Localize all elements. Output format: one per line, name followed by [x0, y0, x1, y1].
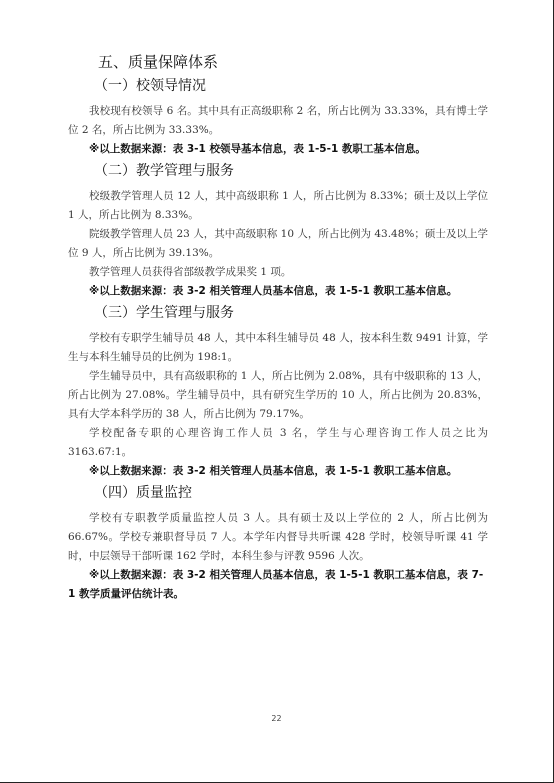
paragraph: 我校现有校领导 6 名。其中具有正高级职称 2 名，所占比例为 33.33%，具…: [68, 102, 488, 140]
page-number: 22: [0, 714, 553, 723]
paragraph: 校级教学管理人员 12 人，其中高级职称 1 人，所占比例为 8.33%；硕士及…: [68, 187, 488, 225]
section-title: （一）校领导情况: [68, 74, 488, 98]
page-content: 五、质量保障体系 （一）校领导情况 我校现有校领导 6 名。其中具有正高级职称 …: [68, 50, 488, 604]
data-source-note: ※以上数据来源：表 3-2 相关管理人员基本信息，表 1-5-1 教职工基本信息…: [68, 566, 488, 604]
data-source-note: ※以上数据来源：表 3-2 相关管理人员基本信息，表 1-5-1 教职工基本信息…: [68, 282, 488, 301]
paragraph: 学校配备专职的心理咨询工作人员 3 名，学生与心理咨询工作人员之比为 3163.…: [68, 424, 488, 462]
section-quality-monitoring: （四）质量监控 学校有专职教学质量监控人员 3 人。具有硕士及以上学位的 2 人…: [68, 481, 488, 604]
section-leadership: （一）校领导情况 我校现有校领导 6 名。其中具有正高级职称 2 名，所占比例为…: [68, 74, 488, 159]
paragraph: 学校有专职教学质量监控人员 3 人。具有硕士及以上学位的 2 人，所占比例为 6…: [68, 509, 488, 566]
paragraph: 学生辅导员中，具有高级职称的 1 人，所占比例为 2.08%，具有中级职称的 1…: [68, 367, 488, 424]
section-title: （四）质量监控: [68, 481, 488, 505]
paragraph: 学校有专职学生辅导员 48 人，其中本科生辅导员 48 人，按本科生数 9491…: [68, 329, 488, 367]
chapter-heading: 五、质量保障体系: [68, 50, 488, 74]
section-student-management: （三）学生管理与服务 学校有专职学生辅导员 48 人，其中本科生辅导员 48 人…: [68, 301, 488, 481]
paragraph: 教学管理人员获得省部级教学成果奖 1 项。: [68, 263, 488, 282]
data-source-note: ※以上数据来源：表 3-2 相关管理人员基本信息，表 1-5-1 教职工基本信息…: [68, 462, 488, 481]
section-title: （三）学生管理与服务: [68, 301, 488, 325]
section-title: （二）教学管理与服务: [68, 159, 488, 183]
data-source-note: ※以上数据来源：表 3-1 校领导基本信息，表 1-5-1 教职工基本信息。: [68, 140, 488, 159]
paragraph: 院级教学管理人员 23 人，其中高级职称 10 人，所占比例为 43.48%；硕…: [68, 225, 488, 263]
section-teaching-management: （二）教学管理与服务 校级教学管理人员 12 人，其中高级职称 1 人，所占比例…: [68, 159, 488, 301]
document-page: 五、质量保障体系 （一）校领导情况 我校现有校领导 6 名。其中具有正高级职称 …: [0, 0, 554, 783]
